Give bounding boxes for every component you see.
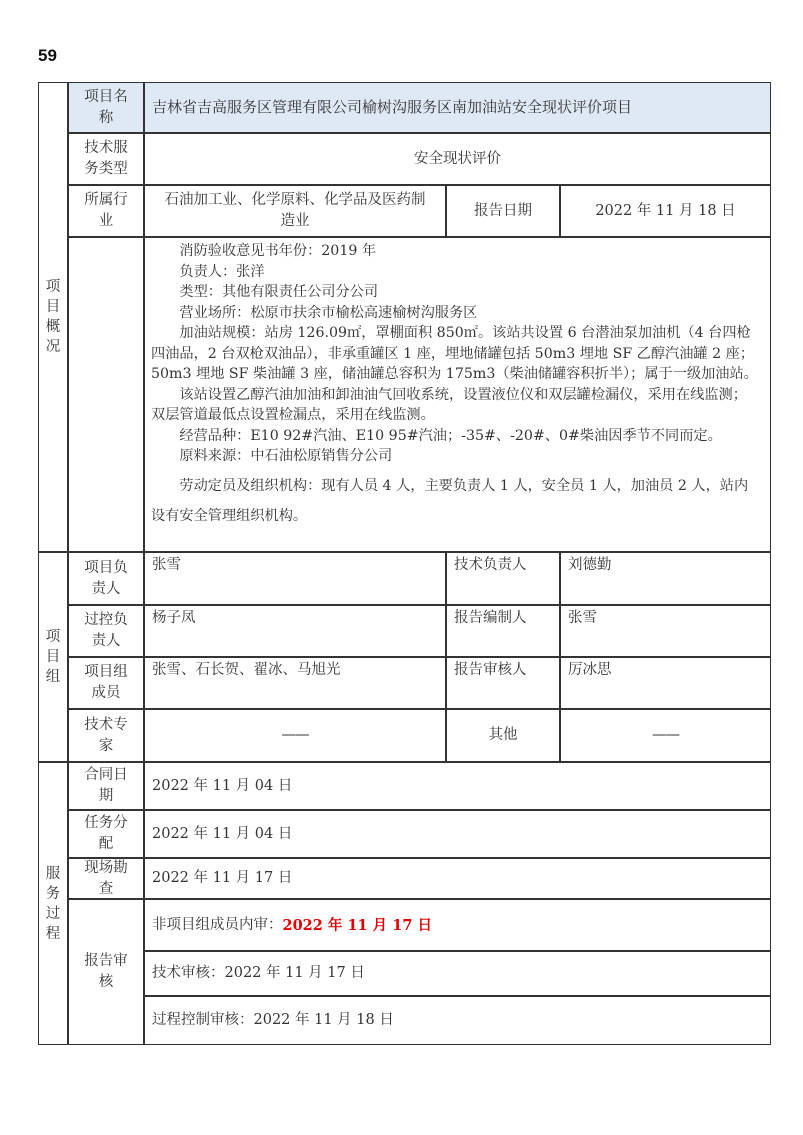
detail-staffing: 劳动定员及组织机构：现有人员 4 人，主要负责人 1 人，安全员 1 人，加油员…	[151, 471, 760, 531]
process-value-process-control-review: 过程控制审核：2022 年 11 月 18 日	[144, 996, 771, 1045]
process-value-site-survey: 2022 年 11 月 17 日	[144, 858, 771, 899]
project-name-label: 项目名称	[68, 82, 144, 133]
section-label-process-text: 服务过程	[45, 864, 61, 944]
team-value-report-author: 张雪	[560, 605, 771, 657]
team-value-other: ——	[560, 709, 771, 762]
process-label-task-assignment: 任务分配	[68, 810, 144, 858]
internal-review-date: 2022 年 11 月 17 日	[283, 915, 432, 936]
detail-company-type: 类型：其他有限责任公司分公司	[151, 282, 760, 303]
team-value-project-lead: 张雪	[144, 552, 446, 605]
section-label-process: 服务过程	[38, 762, 68, 1045]
internal-review-prefix: 非项目组成员内审：	[152, 915, 283, 936]
team-label-report-reviewer: 报告审核人	[446, 657, 560, 709]
detail-vapor-recovery: 该站设置乙醇汽油加油和卸油油气回收系统，设置液位仪和双层罐检漏仪，采用在线监测；…	[151, 385, 760, 426]
report-date-value: 2022 年 11 月 18 日	[560, 185, 771, 237]
report-date-label: 报告日期	[446, 185, 560, 237]
service-type-label: 技术服务类型	[68, 133, 144, 185]
detail-person-in-charge: 负责人：张洋	[151, 262, 760, 283]
team-value-tech-expert: ——	[144, 709, 446, 762]
detail-supply-source: 原料来源：中石油松原销售分公司	[151, 446, 760, 467]
process-label-contract-date: 合同日期	[68, 762, 144, 810]
team-label-tech-expert: 技术专家	[68, 709, 144, 762]
process-label-report-review: 报告审核	[68, 899, 144, 1045]
team-value-report-reviewer: 厉冰思	[560, 657, 771, 709]
team-value-process-control-lead: 杨子凤	[144, 605, 446, 657]
team-value-members: 张雪、石长贺、翟冰、马旭光	[144, 657, 446, 709]
industry-value: 石油加工业、化学原料、化学品及医药制造业	[144, 185, 446, 237]
page-number: 59	[38, 46, 57, 66]
detail-business-location: 营业场所：松原市扶余市榆松高速榆树沟服务区	[151, 303, 760, 324]
project-name-value: 吉林省吉高服务区管理有限公司榆树沟服务区南加油站安全现状评价项目	[144, 82, 771, 133]
team-label-members: 项目组成员	[68, 657, 144, 709]
detail-station-scale: 加油站规模：站房 126.09㎡，罩棚面积 850㎡。该站共设置 6 台潜油泵加…	[151, 323, 760, 385]
section-label-team: 项目组	[38, 552, 68, 762]
process-value-contract-date: 2022 年 11 月 04 日	[144, 762, 771, 810]
process-label-site-survey: 现场勘查	[68, 858, 144, 899]
process-value-task-assignment: 2022 年 11 月 04 日	[144, 810, 771, 858]
industry-label: 所属行业	[68, 185, 144, 237]
team-label-report-author: 报告编制人	[446, 605, 560, 657]
service-type-value: 安全现状评价	[144, 133, 771, 185]
section-label-overview: 项目概况	[38, 82, 68, 552]
overview-details: 消防验收意见书年份：2019 年 负责人：张洋 类型：其他有限责任公司分公司 营…	[144, 237, 771, 552]
team-label-tech-lead: 技术负责人	[446, 552, 560, 605]
section-label-overview-text: 项目概况	[45, 277, 61, 357]
process-value-internal-review: 非项目组成员内审：2022 年 11 月 17 日	[144, 899, 771, 951]
process-value-technical-review: 技术审核：2022 年 11 月 17 日	[144, 951, 771, 996]
team-label-process-control-lead: 过控负责人	[68, 605, 144, 657]
team-label-project-lead: 项目负责人	[68, 552, 144, 605]
section-label-team-text: 项目组	[45, 627, 61, 687]
detail-products: 经营品种：E10 92#汽油、E10 95#汽油；-35#、-20#、0#柴油因…	[151, 426, 760, 447]
team-label-other: 其他	[446, 709, 560, 762]
details-label-empty	[68, 237, 144, 552]
detail-fire-acceptance-year: 消防验收意见书年份：2019 年	[151, 241, 760, 262]
team-value-tech-lead: 刘德勤	[560, 552, 771, 605]
